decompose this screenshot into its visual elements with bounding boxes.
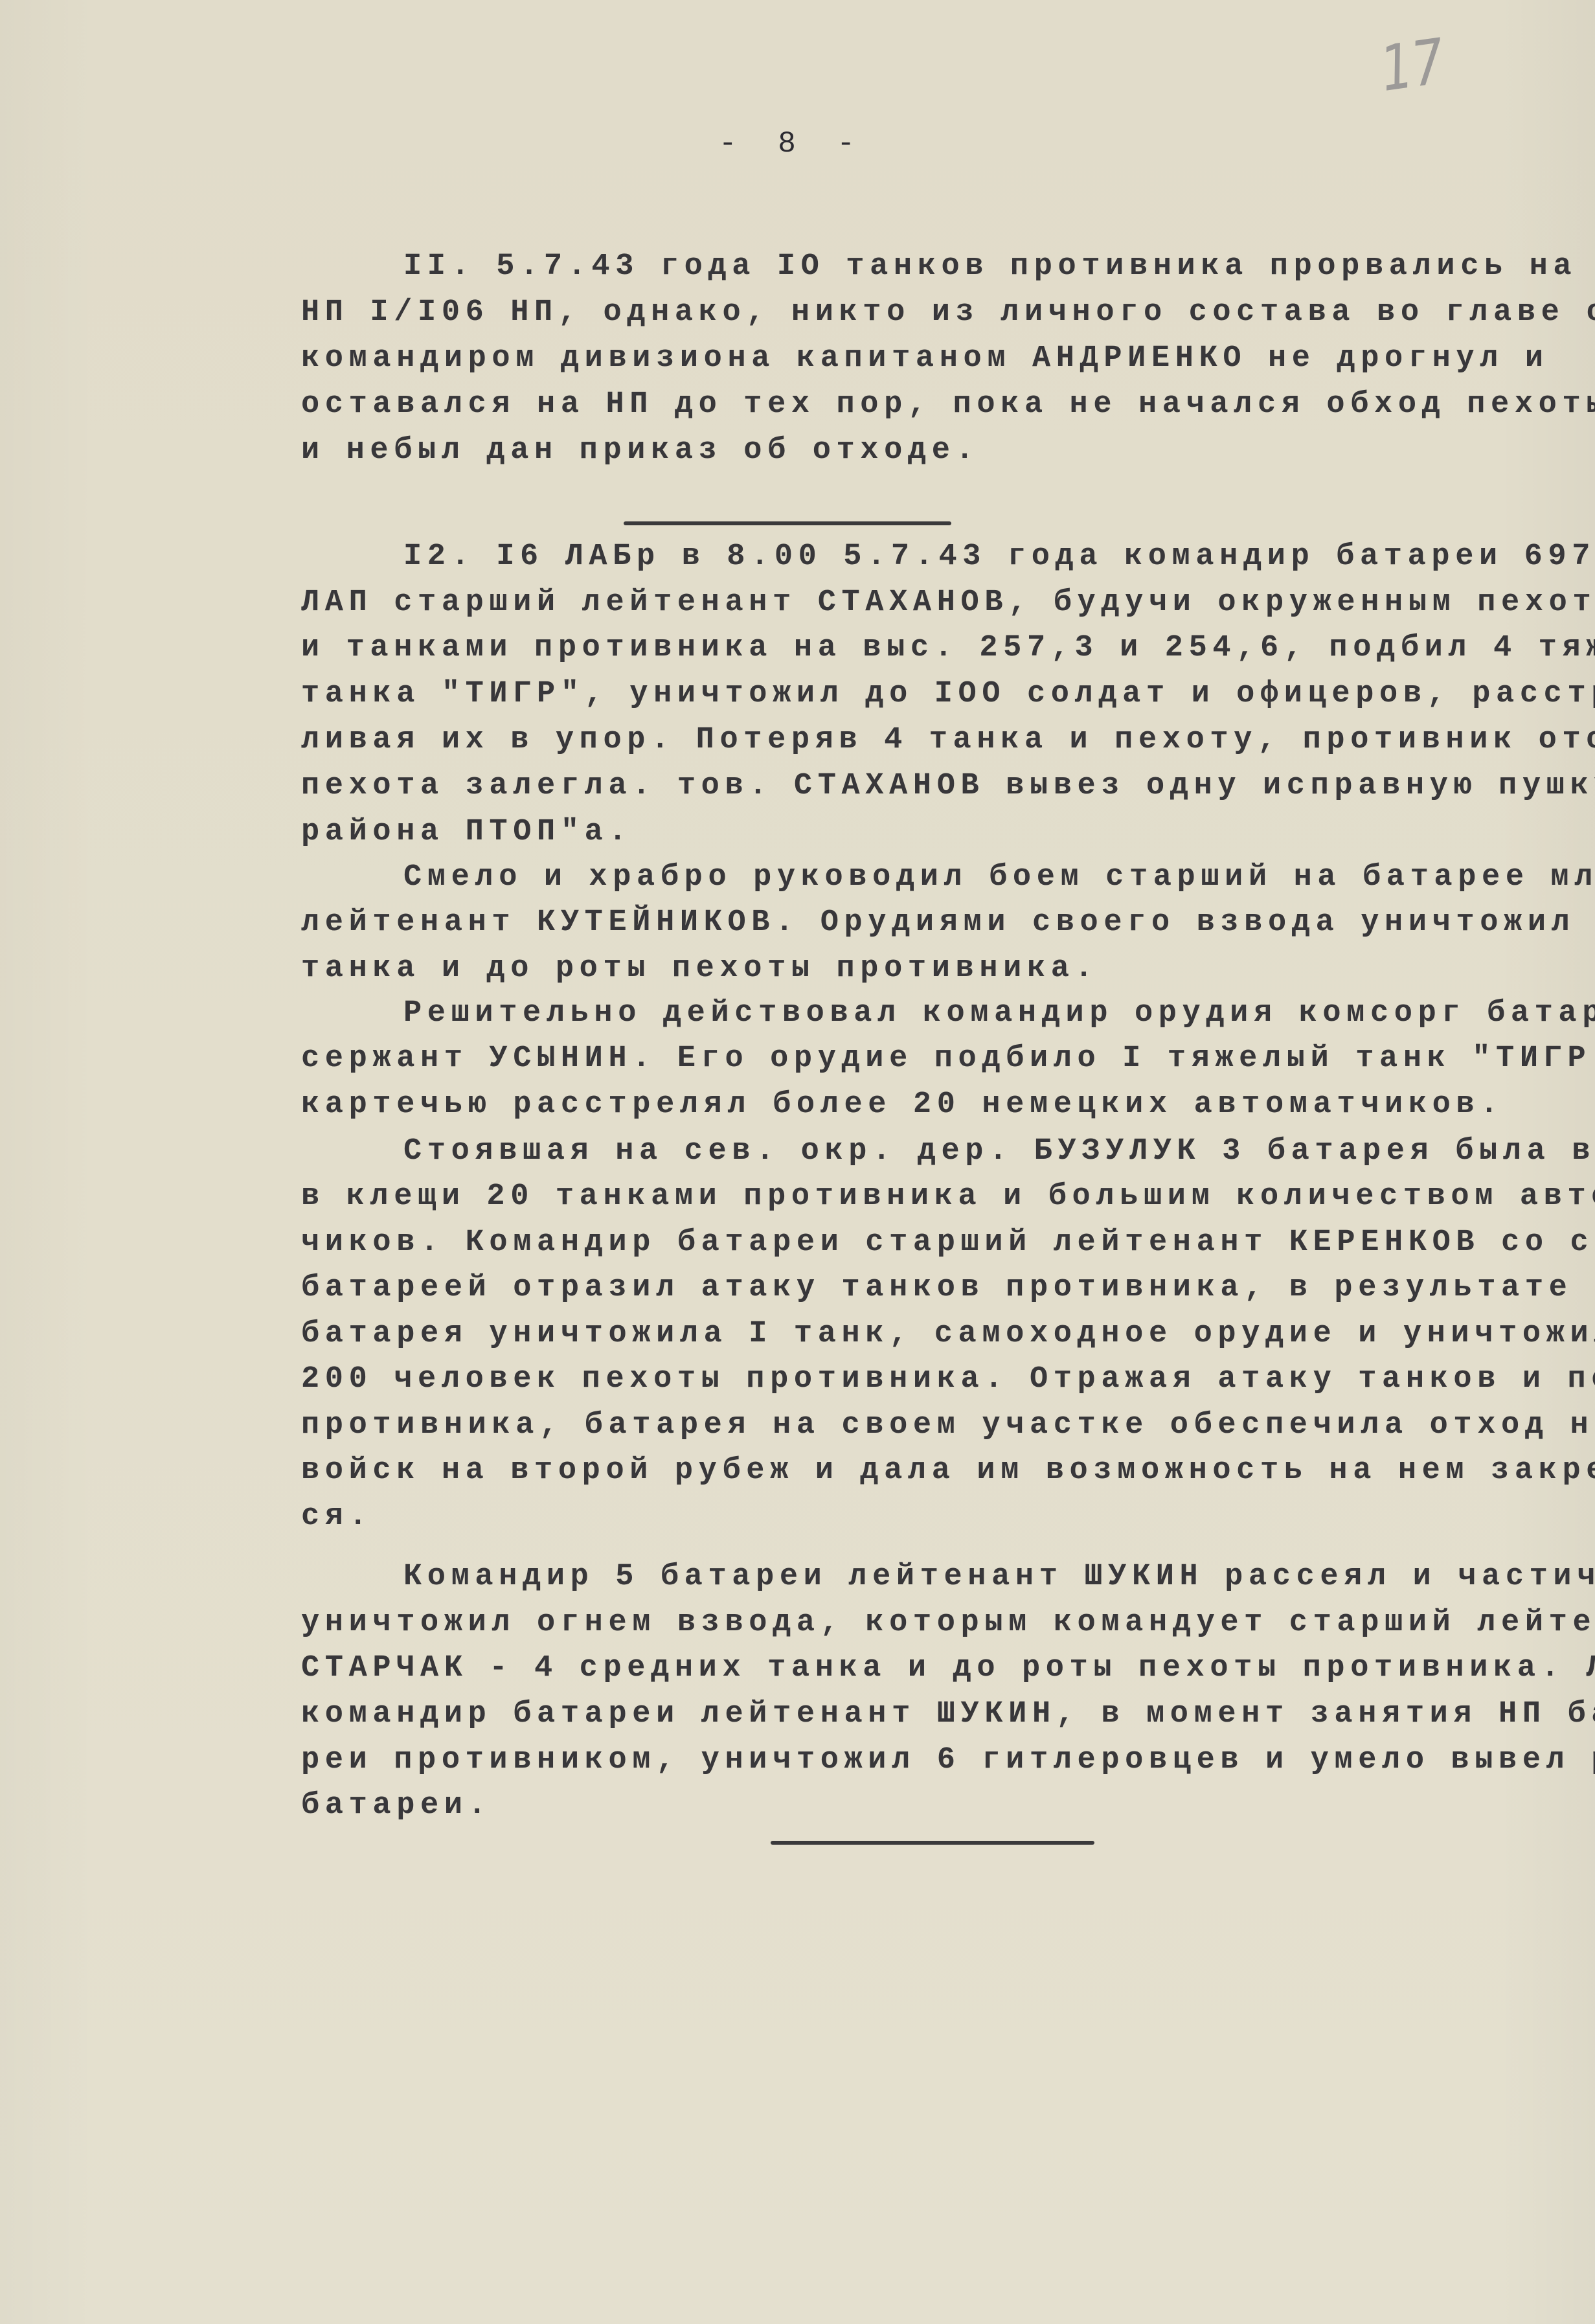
- text-line: I2. I6 ЛАБр в 8.00 5.7.43 года командир …: [403, 538, 1595, 576]
- text-line: 200 человек пехоты противника. Отражая а…: [301, 1360, 1595, 1399]
- text-line: ливая их в упор. Потеряв 4 танка и пехот…: [301, 721, 1595, 760]
- text-line: противника, батарея на своем участке обе…: [301, 1406, 1595, 1445]
- text-line: лейтенант КУТЕЙНИКОВ. Орудиями своего вз…: [301, 904, 1595, 942]
- archive-sheet-number: 17: [1376, 25, 1449, 106]
- end-divider: [771, 1841, 1094, 1845]
- text-line: пехота залегла. тов. СТАХАНОВ вывез одну…: [301, 767, 1595, 806]
- section-divider: [624, 521, 951, 525]
- text-line: в клещи 20 танками противника и большим …: [301, 1178, 1595, 1216]
- text-line: Командир 5 батареи лейтенант ШУКИН рассе…: [403, 1558, 1595, 1597]
- text-line: сержант УСЫНИН. Его орудие подбило I тяж…: [301, 1040, 1595, 1078]
- text-line: командиром дивизиона капитаном АНДРИЕНКО…: [301, 339, 1549, 378]
- text-line: II. 5.7.43 года IO танков противника про…: [403, 247, 1577, 286]
- text-line: СТАРЧАК - 4 средних танка и до роты пехо…: [301, 1649, 1595, 1688]
- text-line: района ПТОП"а.: [301, 813, 632, 852]
- text-line: НП I/I06 НП, однако, никто из личного со…: [301, 293, 1595, 332]
- text-line: танка и до роты пехоты противника.: [301, 950, 1098, 988]
- text-line: танка "ТИГР", уничтожил до IOO солдат и …: [301, 675, 1595, 714]
- text-line: ся.: [301, 1498, 372, 1536]
- text-line: Стоявшая на сев. окр. дер. БУЗУЛУК 3 бат…: [403, 1132, 1595, 1171]
- text-line: и небыл дан приказ об отходе.: [301, 431, 979, 470]
- text-line: ЛАП старший лейтенант СТАХАНОВ, будучи о…: [301, 584, 1595, 622]
- text-line: батарея уничтожила I танк, самоходное ор…: [301, 1315, 1595, 1354]
- text-line: батареи.: [301, 1786, 492, 1825]
- text-line: картечью расстрелял более 20 немецких ав…: [301, 1086, 1504, 1124]
- text-line: Решительно действовал командир орудия ко…: [403, 994, 1595, 1033]
- text-line: войск на второй рубеж и дала им возможно…: [301, 1452, 1595, 1490]
- text-line: чиков. Командир батареи старший лейтенан…: [301, 1224, 1595, 1262]
- page-number: - 8 -: [719, 127, 866, 161]
- text-line: батареей отразил атаку танков противника…: [301, 1269, 1595, 1308]
- text-line: оставался на НП до тех пор, пока не нача…: [301, 385, 1595, 424]
- text-line: командир батареи лейтенант ШУКИН, в моме…: [301, 1695, 1595, 1734]
- text-line: уничтожил огнем взвода, которым командуе…: [301, 1604, 1595, 1643]
- text-line: и танками противника на выс. 257,3 и 254…: [301, 629, 1595, 668]
- text-line: реи противником, уничтожил 6 гитлеровцев…: [301, 1741, 1595, 1780]
- text-line: Смело и храбро руководил боем старший на…: [403, 858, 1595, 897]
